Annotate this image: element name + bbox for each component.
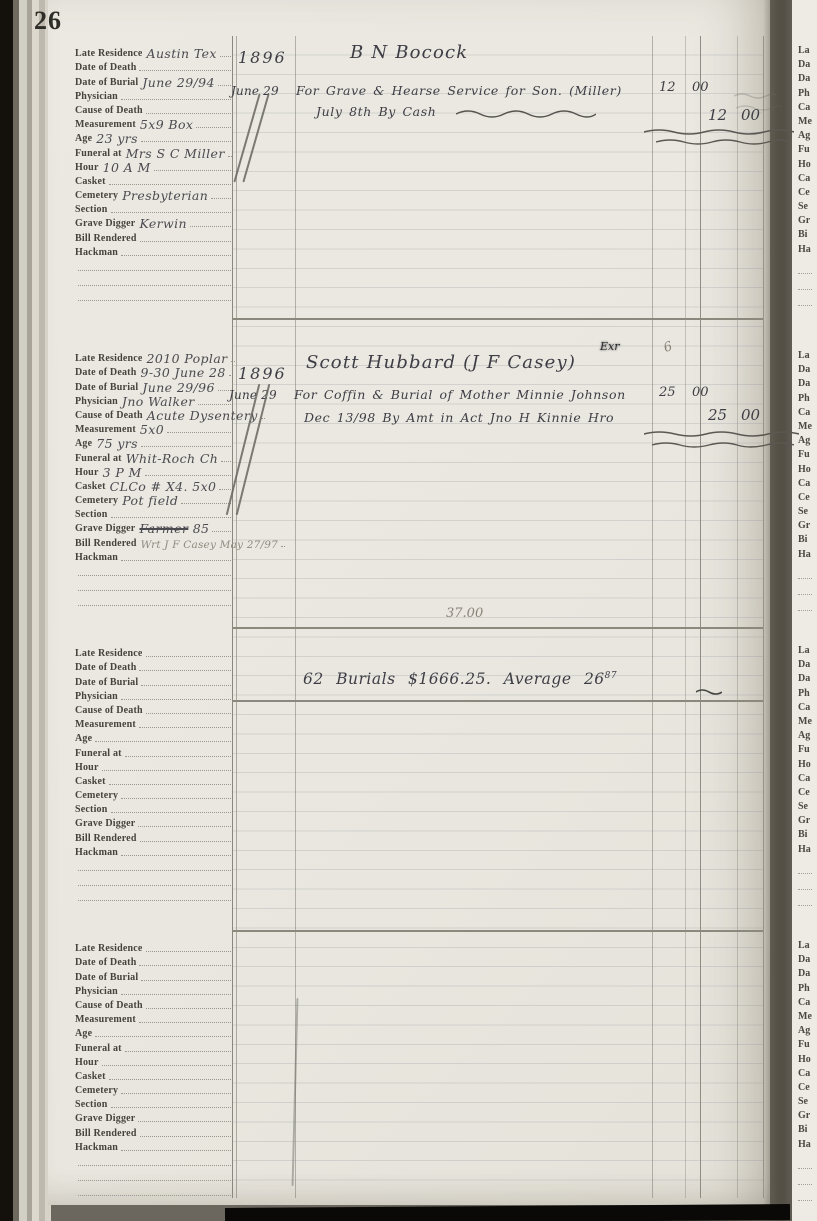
form-row: Date of BurialJune 29/94 [75,73,233,87]
form-value: 23 yrs [92,131,138,146]
adjacent-form-label: Da [798,673,817,687]
dotted-leader [190,226,231,227]
credit-amount: 2500 [705,406,760,424]
form-row: CemeteryPot field [75,492,233,506]
blank-row [75,888,233,903]
adjacent-form-label: Ce [798,1082,817,1096]
dotted-leader [798,1153,812,1169]
blank-row [75,593,233,608]
dotted-leader [121,855,231,856]
form-label: Measurement [75,119,136,130]
dotted-leader [141,685,231,686]
adjacent-form-label: Ha [798,244,817,258]
form-label: Section [75,804,108,815]
form-value: 10 A M [99,160,151,175]
entry-date: June 29 [231,84,279,98]
entry-title: B N Bocock [350,42,468,63]
adjacent-form-label: Ph [798,393,817,407]
form-row: Measurement5x9 Box [75,116,233,130]
form-row: Grave Digger [75,1110,233,1124]
dotted-leader [78,1195,231,1196]
form-label: Hackman [75,1142,118,1153]
adjacent-form-label: Ce [798,187,817,201]
form-row: Cemetery [75,1082,233,1096]
ink-transfer-mark [734,92,776,100]
dotted-leader [145,475,231,476]
adjacent-form-label: Ca [798,702,817,716]
dotted-leader [121,255,231,256]
dotted-leader [121,798,231,799]
entry-title: Scott Hubbard (J F Casey) [306,352,576,373]
form-row: Section [75,801,233,815]
dotted-leader [102,770,231,771]
dotted-leader [218,85,231,86]
form-row: Date of Death [75,59,233,73]
dotted-leader [141,980,231,981]
form-row: Funeral atWhit-Roch Ch [75,449,233,463]
form-row: PhysicianJno Walker [75,393,233,407]
dotted-leader [78,1180,231,1181]
form-label: Physician [75,396,118,407]
ledger-page: 26 Late ResidenceAustin TexDate of Death… [48,0,770,1205]
form-label: Cemetery [75,1085,118,1096]
dotted-leader [196,127,231,128]
adjacent-form-label: Ce [798,787,817,801]
form-value: Wrt J F Casey May 27/97 [137,539,278,551]
dotted-leader [798,258,812,274]
form-row: Age75 yrs [75,435,233,449]
dotted-leader [78,885,231,886]
form-label: Funeral at [75,453,122,464]
form-label: Measurement [75,719,136,730]
blank-row [75,563,233,578]
dotted-leader [141,446,231,447]
adjacent-form-label: Me [798,421,817,435]
dotted-leader [798,274,812,290]
form-row: Hackman [75,1139,233,1153]
block-divider [232,627,763,629]
adjacent-form-label: La [798,645,817,659]
blank-row [75,288,233,303]
form-label: Hour [75,1057,99,1068]
form-value: CLCo # X4. 5x0 [106,479,217,494]
flourish-underline [644,429,799,438]
dotted-leader [139,670,231,671]
book-bottom-edge [225,1204,790,1221]
form-label: Section [75,204,108,215]
form-label: Funeral at [75,1043,122,1054]
form-row: Casket [75,773,233,787]
form-row: Cause of Death [75,102,233,116]
form-label: Hour [75,467,99,478]
dotted-leader [140,841,231,842]
adjacent-form-label: Se [798,506,817,520]
dotted-leader [78,900,231,901]
form-value: Acute Dysentery [143,408,258,423]
form-label: Funeral at [75,748,122,759]
dotted-leader [219,489,231,490]
subtotal-amount: 37.00 [446,606,483,621]
blank-row [75,858,233,873]
flourish-underline [696,688,722,696]
adjacent-form-label: Bi [798,829,817,843]
dotted-leader [798,874,812,890]
adjacent-form-label: Bi [798,534,817,548]
dotted-leader [121,560,231,561]
entry-year: 1896 [238,364,287,383]
form-row: Date of Burial [75,968,233,982]
burials-summary: 62 Burials $1666.25. Average 2687 [303,670,617,688]
adjacent-form-label: Da [798,59,817,73]
form-row: Late Residence2010 Poplar [75,350,233,364]
ink-transfer-mark [736,104,782,112]
form-label: Physician [75,91,118,102]
amount-column-rule [700,36,701,1198]
dotted-leader [198,404,231,405]
dotted-leader [121,994,231,995]
adjacent-form-label: Ho [798,1054,817,1068]
adjacent-form-label: Gr [798,520,817,534]
dotted-leader [121,1150,231,1151]
dotted-leader [138,1121,231,1122]
form-label: Cause of Death [75,705,143,716]
dotted-leader [121,699,231,700]
adjacent-form-label: Se [798,201,817,215]
form-label: Funeral at [75,148,122,159]
form-label: Cause of Death [75,410,143,421]
dotted-leader [111,212,231,213]
dotted-leader [798,595,812,611]
form-label: Hour [75,162,99,173]
dotted-leader [212,531,231,532]
adjacent-record-block: LaDaDaPhCaMeAgFuHoCaCeSeGrBiHa [798,940,817,1201]
entry-description: For Coffin & Burial of Mother Minnie Joh… [294,387,626,402]
form-row: Cause of Death [75,702,233,716]
adjacent-form-label: Ag [798,435,817,449]
adjacent-form-label: Se [798,801,817,815]
form-value: Pot field [118,493,178,508]
form-label: Late Residence [75,943,143,954]
debit-amount: 1200 [656,80,709,95]
form-label: Age [75,1028,92,1039]
form-label: Late Residence [75,648,143,659]
form-value: 3 P M [99,465,142,480]
dotted-leader [140,1136,231,1137]
book-page-edges [19,0,27,1221]
dotted-leader [78,605,231,606]
form-row: Hackman [75,844,233,858]
blank-row [75,1183,233,1198]
form-value: Kerwin [135,216,187,231]
dotted-leader [111,517,231,518]
form-label: Bill Rendered [75,1128,137,1139]
adjacent-form-label: La [798,940,817,954]
form-label: Bill Rendered [75,833,137,844]
adjacent-form-label: Fu [798,744,817,758]
dotted-leader [220,56,231,57]
block-divider [232,930,763,932]
form-value: 5x9 Box [136,117,194,132]
dotted-leader [167,432,231,433]
dotted-leader [146,1008,231,1009]
form-label: Hackman [75,247,118,258]
dotted-leader [140,241,231,242]
adjacent-form-label: Fu [798,449,817,463]
flourish-line [456,108,596,118]
form-label: Late Residence [75,48,143,59]
adjacent-form-label: Ca [798,102,817,116]
adjacent-form-label: Da [798,968,817,982]
adjacent-form-label: Da [798,364,817,378]
adjacent-form-label: La [798,350,817,364]
adjacent-form-label: Gr [798,215,817,229]
form-label: Hackman [75,847,118,858]
form-label: Cemetery [75,190,118,201]
form-row: Bill Rendered [75,829,233,843]
flourish-underline [644,127,794,136]
form-label: Measurement [75,1014,136,1025]
adjacent-form-label: Se [798,1096,817,1110]
form-label: Cause of Death [75,1000,143,1011]
dotted-leader [154,170,231,171]
form-label: Grave Digger [75,1113,135,1124]
adjacent-form-label: Me [798,1011,817,1025]
entry-description: July 8th By Cash [316,104,436,119]
dotted-leader [111,812,231,813]
form-row: Casket [75,1068,233,1082]
dotted-leader [798,579,812,595]
form-label: Casket [75,176,106,187]
form-value: 9-30 June 28 [136,365,225,380]
entry-description: Dec 13/98 By Amt in Act Jno H Kinnie Hro [304,410,614,425]
summary-superscript: 87 [605,671,617,681]
dotted-leader [78,870,231,871]
dotted-leader [146,713,231,714]
adjacent-form-label: Gr [798,815,817,829]
form-label: Physician [75,691,118,702]
dotted-leader [138,826,231,827]
dotted-leader [111,1107,231,1108]
adjacent-form-label: Ag [798,730,817,744]
form-row: Hour [75,1054,233,1068]
dotted-leader [102,1065,231,1066]
form-label: Cemetery [75,495,118,506]
form-row: Hackman [75,244,233,258]
form-row: Late Residence [75,645,233,659]
adjacent-form-label: Ca [798,1068,817,1082]
form-value: Presbyterian [118,188,208,203]
form-row: Grave DiggerFarmer 85 [75,520,233,534]
adjacent-form-label: Ca [798,773,817,787]
adjacent-form-label: Me [798,716,817,730]
form-row: Grave Digger [75,815,233,829]
form-row: Bill RenderedWrt J F Casey May 27/97 [75,534,233,548]
form-row: CasketCLCo # X4. 5x0 [75,478,233,492]
form-label: Section [75,509,108,520]
flourish-underline [656,137,788,146]
entry-description: For Grave & Hearse Service for Son. (Mil… [296,83,622,98]
form-value: 2010 Poplar [143,351,228,366]
adjacent-form-label: Fu [798,144,817,158]
adjacent-form-label: Ce [798,492,817,506]
blank-row [75,578,233,593]
form-label: Age [75,733,92,744]
adjacent-form-label: Ca [798,997,817,1011]
record-block: Late ResidenceAustin TexDate of DeathDat… [75,45,233,303]
form-label: Bill Rendered [75,538,137,549]
entry-year: 1896 [238,48,287,67]
column-rule [236,36,237,1198]
form-row: Funeral at [75,744,233,758]
adjacent-record-block: LaDaDaPhCaMeAgFuHoCaCeSeGrBiHa [798,350,817,611]
adjacent-form-label: Da [798,659,817,673]
form-row: Cause of Death [75,997,233,1011]
dotted-leader [78,270,231,271]
dotted-leader [798,290,812,306]
form-row: Date of BurialJune 29/96 [75,378,233,392]
blank-row [75,273,233,288]
dotted-leader [109,784,231,785]
dotted-leader [78,300,231,301]
adjacent-form-label: Me [798,116,817,130]
form-row: Bill Rendered [75,229,233,243]
form-label: Date of Burial [75,677,138,688]
adjacent-form-label: Da [798,73,817,87]
adjacent-form-label: Fu [798,1039,817,1053]
adjacent-form-label: Ha [798,549,817,563]
form-label: Age [75,133,92,144]
form-row: CemeteryPresbyterian [75,187,233,201]
adjacent-form-label: Ho [798,464,817,478]
form-row: Late ResidenceAustin Tex [75,45,233,59]
form-label: Late Residence [75,353,143,364]
form-value: June 29/96 [138,380,215,395]
dotted-leader [109,1079,231,1080]
form-label: Cause of Death [75,105,143,116]
flourish-underline [652,440,794,449]
form-row: Hour3 P M [75,464,233,478]
adjacent-form-label: Da [798,954,817,968]
adjacent-form-label: Ca [798,407,817,421]
form-value: 5x0 [136,422,164,437]
dotted-leader [798,1185,812,1201]
form-value: Austin Tex [143,46,217,61]
entry-date: June 29 [229,388,277,402]
form-label: Date of Death [75,662,136,673]
adjacent-form-label: Ag [798,1025,817,1039]
form-row: Funeral atMrs S C Miller [75,144,233,158]
form-row: Date of Burial [75,673,233,687]
form-label: Hackman [75,552,118,563]
dotted-leader [95,1036,231,1037]
form-row: Date of Death9-30 June 28 [75,364,233,378]
dotted-leader [139,727,231,728]
form-row: Bill Rendered [75,1124,233,1138]
amount-column-rule [737,36,738,1198]
dotted-leader [121,1093,231,1094]
form-label: Grave Digger [75,218,135,229]
form-label: Date of Death [75,367,136,378]
dotted-leader [146,113,231,114]
form-value: Farmer 85 [135,521,209,536]
adjacent-page: LaDaDaPhCaMeAgFuHoCaCeSeGrBiHaLaDaDaPhCa… [792,0,817,1221]
form-row: Casket [75,173,233,187]
ledger-book-scan: 26 Late ResidenceAustin TexDate of Death… [0,0,817,1221]
dotted-leader [139,965,231,966]
dotted-leader [109,184,231,185]
dotted-leader [146,951,231,952]
adjacent-form-label: Ha [798,844,817,858]
form-label: Date of Death [75,957,136,968]
dotted-leader [95,741,231,742]
dotted-leader [125,1051,231,1052]
column-rule [232,36,233,1198]
dotted-leader [125,756,231,757]
dotted-leader [139,70,231,71]
entry-annotation: Exr [600,340,620,353]
form-row: Hour [75,759,233,773]
ledger-ruling [232,36,763,1198]
form-label: Section [75,1099,108,1110]
debit-amount: 2500 [656,385,709,400]
dotted-leader [798,858,812,874]
adjacent-form-label: Ho [798,759,817,773]
dotted-leader [221,461,231,462]
adjacent-form-label: Ha [798,1139,817,1153]
form-row: Date of Death [75,954,233,968]
form-label: Cemetery [75,790,118,801]
dotted-leader [211,198,231,199]
adjacent-form-label: Ph [798,688,817,702]
book-page-edges [32,0,39,1221]
form-row: Cause of DeathAcute Dysentery [75,407,233,421]
dotted-leader [78,575,231,576]
adjacent-form-label: Ph [798,983,817,997]
form-value: June 29/94 [138,75,215,90]
form-row: Hackman [75,549,233,563]
form-value: Whit-Roch Ch [122,451,219,466]
form-row: Cemetery [75,787,233,801]
dotted-leader [798,890,812,906]
adjacent-form-label: Gr [798,1110,817,1124]
block-divider [232,318,763,320]
form-label: Date of Burial [75,972,138,983]
dotted-leader [78,590,231,591]
form-label: Bill Rendered [75,233,137,244]
amount-column-rule [685,36,686,1198]
form-label: Casket [75,776,106,787]
adjacent-record-block: LaDaDaPhCaMeAgFuHoCaCeSeGrBiHa [798,45,817,306]
dotted-leader [146,656,231,657]
form-label: Casket [75,481,106,492]
book-cover-edge [0,0,13,1221]
form-label: Casket [75,1071,106,1082]
adjacent-form-label: Ca [798,478,817,492]
record-block: Late ResidenceDate of DeathDate of Buria… [75,940,233,1198]
dotted-leader [139,1022,231,1023]
dotted-leader [141,141,231,142]
record-block: Late ResidenceDate of DeathDate of Buria… [75,645,233,903]
form-row: Age23 yrs [75,130,233,144]
record-block: Late Residence2010 PoplarDate of Death9-… [75,350,233,608]
form-row: Measurement [75,1011,233,1025]
form-row: Measurement [75,716,233,730]
form-row: Section [75,201,233,215]
form-row: Age [75,1025,233,1039]
adjacent-form-label: Ag [798,130,817,144]
form-label: Age [75,438,92,449]
form-label: Physician [75,986,118,997]
